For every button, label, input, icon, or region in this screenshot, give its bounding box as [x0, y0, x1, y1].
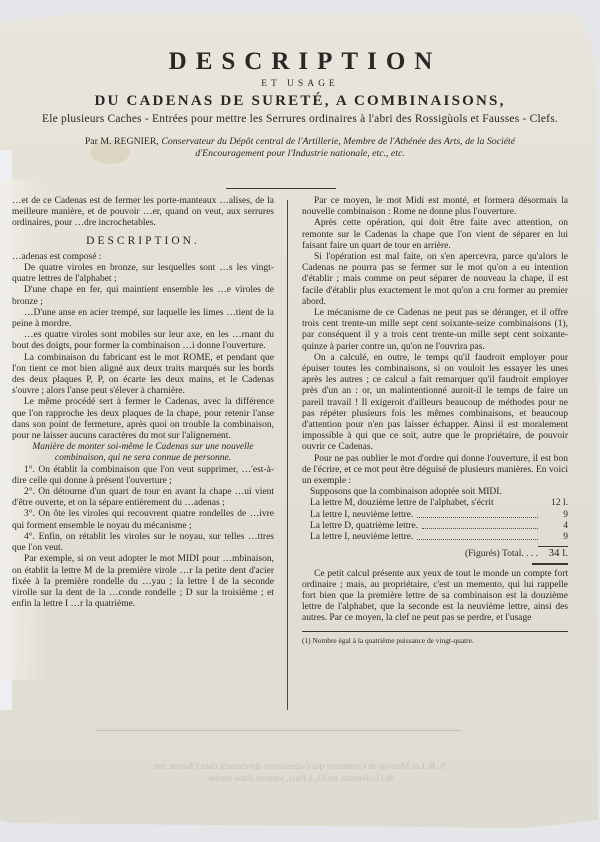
document-header: DESCRIPTION ET USAGE DU CADENAS DE SURET…	[0, 48, 600, 160]
calc-row: La lettre I, neuvième lettre. 9	[310, 532, 568, 543]
document-title: DESCRIPTION	[0, 48, 600, 76]
column-divider	[287, 200, 288, 710]
subtitle-caches-entrees: Ele plusieurs Caches - Entrées pour mett…	[0, 113, 600, 126]
calc-label: La lettre I, neuvième lettre.	[310, 510, 413, 521]
calc-label: La lettre D, quatrième lettre.	[310, 521, 418, 532]
example-paragraph: Par exemple, si on veut adopter le mot M…	[12, 554, 274, 610]
calc-intro: Supposons que la combinaison adoptée soi…	[310, 487, 568, 498]
calc-row: La lettre I, neuvième lettre. 9	[310, 510, 568, 521]
calc-value: 4	[542, 521, 568, 532]
closing-paragraph: Ce petit calcul présente aux yeux de tou…	[302, 569, 568, 625]
author-affiliation: Conservateur du Dépôt central de l'Artil…	[161, 136, 515, 159]
body-paragraph: Si l'opération est mal faite, on s'en ap…	[302, 252, 568, 308]
component-item: De quatre viroles en bronze, sur lesquel…	[12, 263, 274, 285]
total-underline	[532, 563, 568, 565]
composition-intro: …adenas est composé :	[12, 252, 274, 263]
body-paragraph: Par ce moyen, le mot Midi est monté, et …	[302, 196, 568, 218]
calc-row: La lettre M, douzième lettre de l'alphab…	[310, 498, 568, 509]
italic-subheading: Manière de monter soi-même le Cadenas su…	[12, 442, 274, 464]
body-paragraph: Le même procédé sert à fermer le Cadenas…	[12, 397, 274, 442]
bleed-through-rule	[96, 730, 461, 731]
subtitle-cadenas: DU CADENAS DE SURETÉ, A COMBINAISONS,	[0, 91, 600, 111]
byline: Par M. REGNIER, Conservateur du Dépôt ce…	[65, 136, 535, 160]
byline-prefix: Par M.	[85, 136, 112, 147]
calculation-table: Supposons que la combinaison adoptée soi…	[310, 487, 568, 564]
footnote-rule	[302, 631, 568, 632]
step-item: 1°. On établit la combinaison que l'on v…	[12, 465, 274, 487]
step-item: 2°. On détourne d'un quart de tour en av…	[12, 487, 274, 509]
body-paragraph: Pour ne pas oublier le mot d'ordre qui d…	[302, 454, 568, 488]
body-paragraph: La combinaison du fabricant est le mot R…	[12, 353, 274, 398]
bleed-line: N. B. Les Maisons de Commerce qui s'adre…	[0, 760, 600, 772]
author-name: REGNIER	[114, 136, 156, 147]
calc-row: La lettre D, quatrième lettre. 4	[310, 521, 568, 532]
calc-value: 9	[542, 510, 568, 521]
leader-dots	[417, 510, 538, 518]
header-rule	[226, 188, 336, 189]
body-paragraph: Le mécanisme de ce Cadenas ne peut pas s…	[302, 308, 568, 353]
total-label: (Figurés) Total. . . .	[465, 549, 538, 560]
left-column: …et de ce Cadenas est de fermer les port…	[12, 196, 274, 610]
component-item: …D'une anse en acier trempé, sur laquell…	[12, 308, 274, 330]
component-item: D'une chape en fer, qui maintient ensemb…	[12, 285, 274, 307]
calc-label: La lettre M, douzième lettre de l'alphab…	[310, 498, 494, 509]
calc-value: 9	[542, 532, 568, 543]
section-heading-description: DESCRIPTION.	[12, 236, 274, 247]
body-paragraph: Après cette opération, qui doit être fai…	[302, 218, 568, 252]
total-row: (Figurés) Total. . . . 34 l.	[310, 546, 568, 560]
step-item: 3°. On ôte les viroles qui recouvrent qu…	[12, 509, 274, 531]
calc-value: 12 l.	[542, 498, 568, 509]
leader-dots	[417, 532, 538, 540]
leader-dots	[422, 521, 538, 529]
body-paragraph: On a calculé, en outre, le temps qu'il f…	[302, 353, 568, 454]
footnote: (1) Nombre égal à la quatrième puissance…	[302, 635, 568, 646]
bleed-through-text: N. B. Les Maisons de Commerce qui s'adre…	[0, 760, 600, 784]
right-column: Par ce moyen, le mot Midi est monté, et …	[302, 196, 568, 646]
intro-paragraph: …et de ce Cadenas est de fermer les port…	[12, 196, 274, 230]
bleed-line: de l'Université, no 13, à Paris, jouiron…	[0, 772, 600, 784]
body-paragraph: …es quatre viroles sont mobiles sur leur…	[12, 330, 274, 352]
calc-label: La lettre I, neuvième lettre.	[310, 532, 413, 543]
step-item: 4°. Enfin, on rétablit les viroles sur l…	[12, 532, 274, 554]
subtitle-et-usage: ET USAGE	[0, 78, 600, 91]
total-value: 34 l.	[538, 546, 568, 559]
